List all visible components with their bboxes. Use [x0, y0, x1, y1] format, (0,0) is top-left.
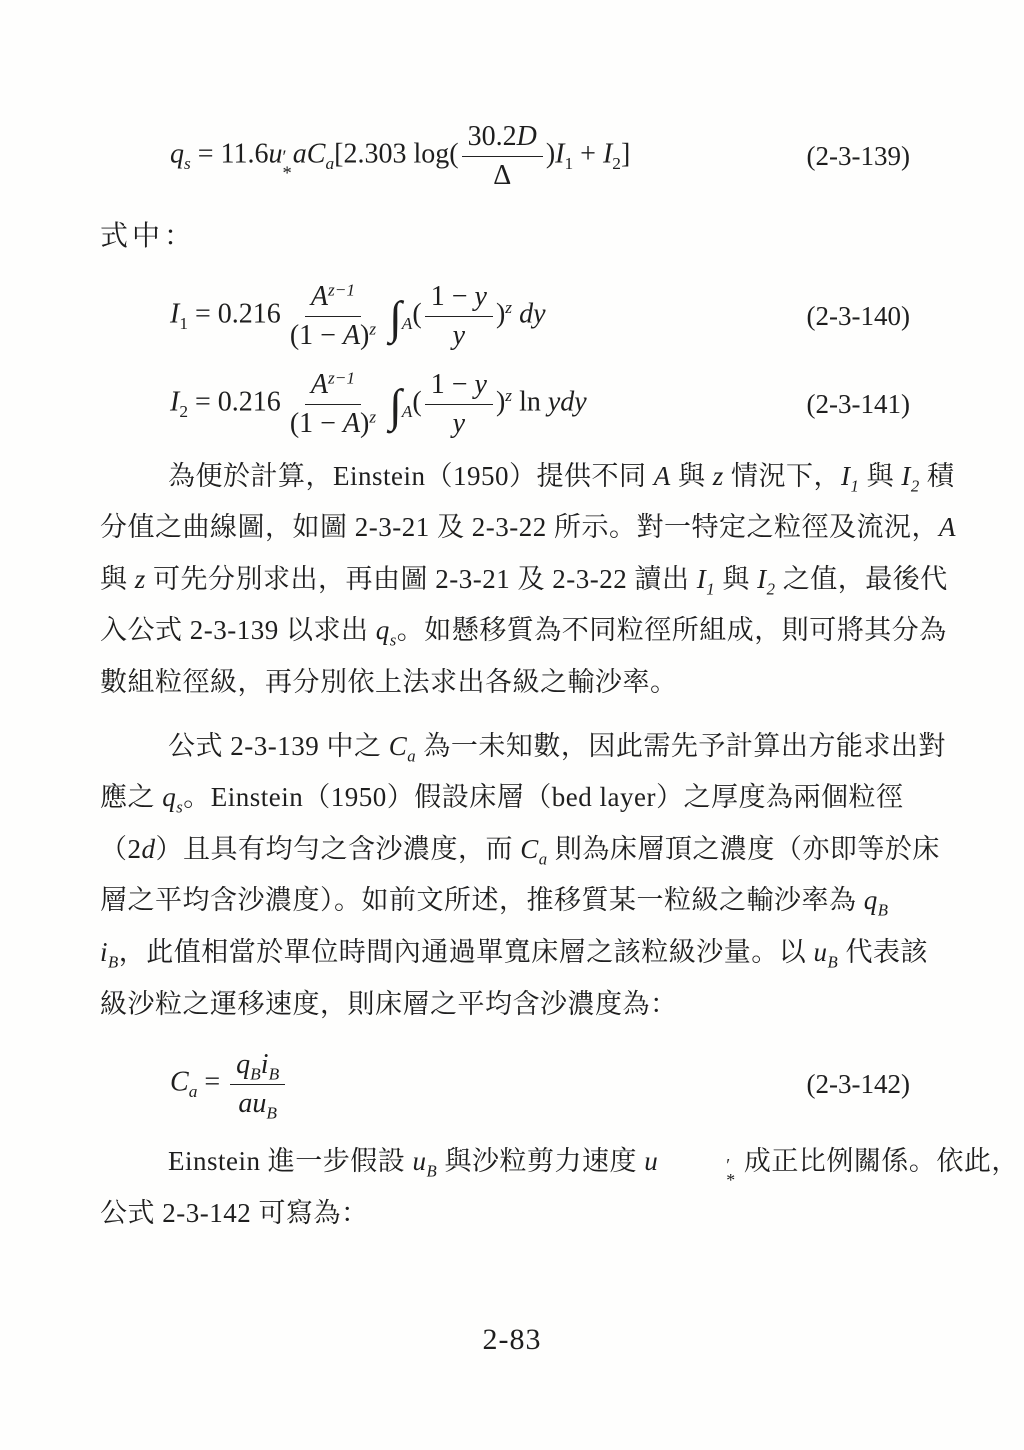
- fraction: Az−1(1 − A)z: [284, 368, 382, 440]
- text-line: 入公式 2-3-139 以求出 qs。如懸移質為不同粒徑所組成，則可將其分為: [100, 605, 924, 657]
- text-line: （2d）且具有均勻之含沙濃度，而 Ca 則為床層頂之濃度（亦即等於床: [100, 824, 924, 876]
- fraction: 30.2DΔ: [462, 120, 543, 192]
- fraction: 1 − yy: [425, 280, 493, 352]
- text-line: 分值之曲線圖，如圖 2-3-21 及 2-3-22 所示。對一特定之粒徑及流況，…: [100, 502, 924, 554]
- equation-2-3-142: Ca = qBiBauB (2-3-142): [100, 1048, 924, 1120]
- text-line: 公式 2-3-139 中之 Ca 為一未知數，因此需先予計算出方能求出對: [100, 721, 924, 773]
- integral-sign: ∫: [389, 292, 402, 343]
- equation-2-3-139-math: qs = 11.6u′*aCa[2.303 log(30.2DΔ)I1 + I2…: [170, 120, 630, 192]
- text-line: 與 z 可先分別求出，再由圖 2-3-21 及 2-3-22 讀出 I1 與 I…: [100, 554, 924, 606]
- paragraph-3: Einstein 進一步假設 uB 與沙粒剪力速度 u′* 成正比例關係。依此，…: [100, 1136, 924, 1239]
- text-line: 應之 qs。Einstein（1950）假設床層（bed layer）之厚度為兩…: [100, 772, 924, 824]
- text-line: Einstein 進一步假設 uB 與沙粒剪力速度 u′* 成正比例關係。依此，: [100, 1136, 924, 1188]
- document-page: qs = 11.6u′*aCa[2.303 log(30.2DΔ)I1 + I2…: [0, 0, 1024, 1450]
- equation-2-3-141: I2 = 0.216Az−1(1 − A)z∫A(1 − yy)z ln ydy…: [100, 368, 924, 440]
- equation-2-3-140: I1 = 0.216Az−1(1 − A)z∫A(1 − yy)z dy (2-…: [100, 280, 924, 352]
- text-line: 數組粒徑級，再分別依上法求出各級之輸沙率。: [100, 657, 924, 709]
- integral-sign: ∫: [389, 380, 402, 431]
- text-line: 層之平均含沙濃度）。如前文所述，推移質某一粒級之輸沙率為 qB: [100, 875, 924, 927]
- text-line: 級沙粒之運移速度，則床層之平均含沙濃度為：: [100, 979, 924, 1031]
- equation-2-3-142-label: (2-3-142): [807, 1069, 910, 1100]
- prime-star-stack: ′*: [658, 1157, 735, 1187]
- equation-2-3-142-math: Ca = qBiBauB: [170, 1048, 288, 1120]
- equation-2-3-139-label: (2-3-139): [807, 141, 910, 172]
- equation-2-3-139: qs = 11.6u′*aCa[2.303 log(30.2DΔ)I1 + I2…: [100, 120, 924, 192]
- equation-2-3-140-label: (2-3-140): [807, 301, 910, 332]
- equation-2-3-141-label: (2-3-141): [807, 389, 910, 420]
- fraction: Az−1(1 − A)z: [284, 280, 382, 352]
- page-number: 2-83: [100, 1323, 924, 1357]
- paragraph-2: 公式 2-3-139 中之 Ca 為一未知數，因此需先予計算出方能求出對應之 q…: [100, 721, 924, 1031]
- equation-2-3-140-math: I1 = 0.216Az−1(1 − A)z∫A(1 − yy)z dy: [170, 280, 546, 352]
- fraction: 1 − yy: [425, 368, 493, 440]
- text-line: 公式 2-3-142 可寫為：: [100, 1188, 924, 1240]
- text-line: iB，此值相當於單位時間內通過單寬床層之該粒級沙量。以 uB 代表該: [100, 927, 924, 979]
- paragraph-1: 為便於計算，Einstein（1950）提供不同 A 與 z 情況下，I1 與 …: [100, 451, 924, 709]
- equation-2-3-141-math: I2 = 0.216Az−1(1 − A)z∫A(1 − yy)z ln ydy: [170, 368, 587, 440]
- fraction: qBiBauB: [230, 1048, 285, 1120]
- text-line: 為便於計算，Einstein（1950）提供不同 A 與 z 情況下，I1 與 …: [100, 451, 924, 503]
- where-label: 式中：: [100, 220, 924, 254]
- prime-star-stack: ′*: [283, 148, 292, 179]
